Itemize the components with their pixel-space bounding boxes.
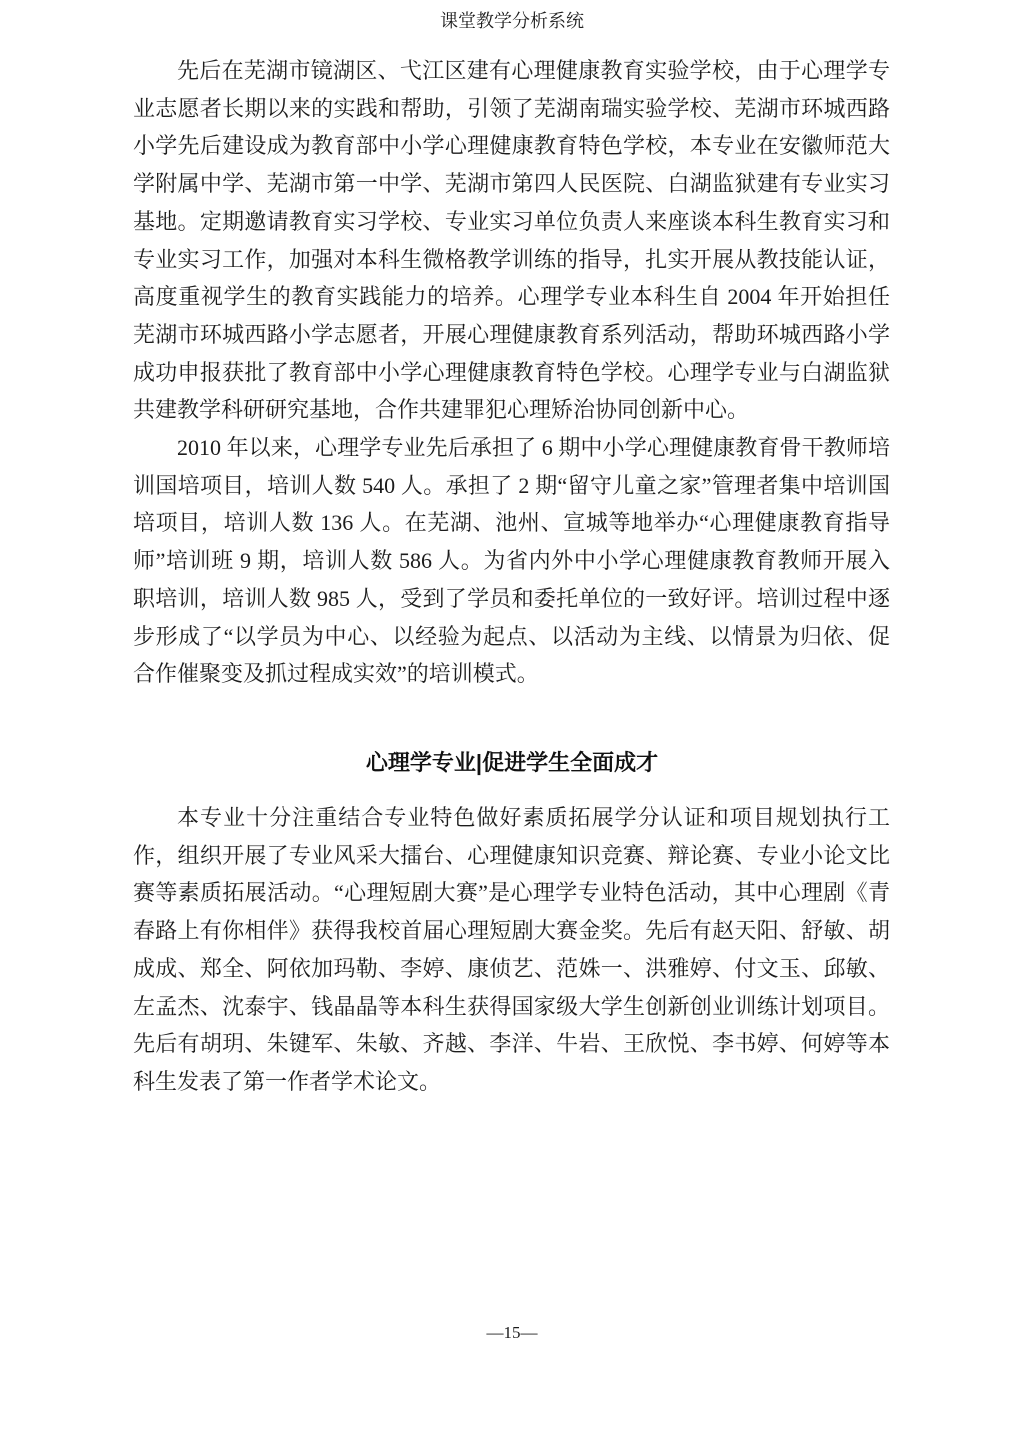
paragraph-practice-bases: 先后在芜湖市镜湖区、弋江区建有心理健康教育实验学校，由于心理学专业志愿者长期以来… [133, 52, 890, 429]
paragraph-training-programs: 2010 年以来，心理学专业先后承担了 6 期中小学心理健康教育骨干教师培训国培… [133, 429, 890, 693]
document-header-title: 课堂教学分析系统 [0, 8, 1024, 34]
document-page: 课堂教学分析系统 先后在芜湖市镜湖区、弋江区建有心理健康教育实验学校，由于心理学… [0, 0, 1024, 1448]
section-text-block: 本专业十分注重结合专业特色做好素质拓展学分认证和项目规划执行工作，组织开展了专业… [133, 799, 890, 1101]
page-number: —15— [0, 1322, 1024, 1344]
section-heading: 心理学专业|促进学生全面成才 [0, 744, 1024, 782]
paragraph-student-development: 本专业十分注重结合专业特色做好素质拓展学分认证和项目规划执行工作，组织开展了专业… [133, 799, 890, 1101]
main-text-block: 先后在芜湖市镜湖区、弋江区建有心理健康教育实验学校，由于心理学专业志愿者长期以来… [133, 52, 890, 693]
